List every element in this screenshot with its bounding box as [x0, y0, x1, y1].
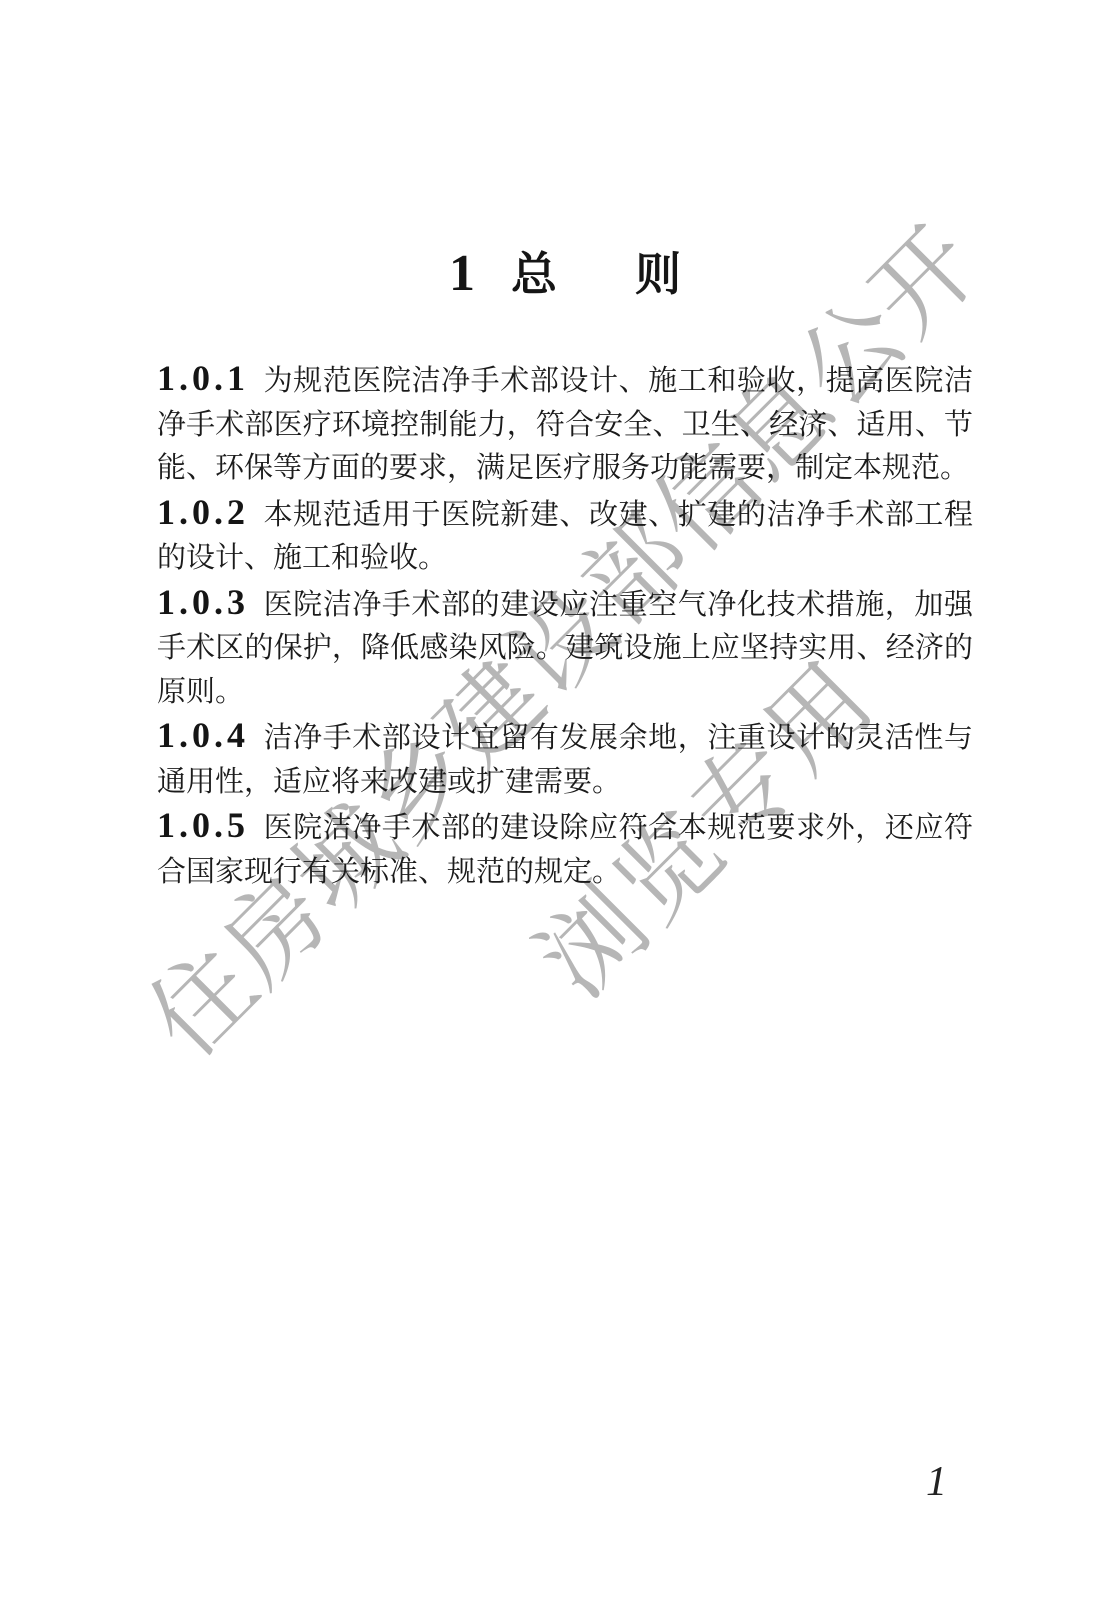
chapter-title-char-2: 则	[635, 238, 681, 304]
clause-number: 1.0.5	[157, 805, 249, 845]
page-number: 1	[926, 1458, 947, 1506]
clause-1-0-3: 1.0.3医院洁净手术部的建设应注重空气净化技术措施，加强手术区的保护，降低感染…	[157, 581, 973, 715]
clause-text: 医院洁净手术部的建设除应符合本规范要求外，还应符合国家现行有关标准、规范的规定。	[157, 812, 973, 888]
clause-text: 为规范医院洁净手术部设计、施工和验收，提高医院洁净手术部医疗环境控制能力，符合安…	[157, 365, 973, 484]
document-page: 住房城乡建设部信息公开 浏览专用 1 总 则 1.0.1为规范医院洁净手术部设计…	[0, 0, 1103, 1598]
clause-1-0-2: 1.0.2本规范适用于医院新建、改建、扩建的洁净手术部工程的设计、施工和验收。	[157, 491, 973, 581]
chapter-number: 1	[449, 244, 475, 303]
clause-text: 洁净手术部设计宜留有发展余地，注重设计的灵活性与通用性，适应将来改建或扩建需要。	[157, 722, 973, 798]
clause-text: 本规范适用于医院新建、改建、扩建的洁净手术部工程的设计、施工和验收。	[157, 499, 973, 575]
chapter-heading: 1 总 则	[157, 238, 973, 304]
clause-number: 1.0.1	[157, 358, 249, 398]
clause-number: 1.0.2	[157, 492, 249, 532]
clauses-block: 1.0.1为规范医院洁净手术部设计、施工和验收，提高医院洁净手术部医疗环境控制能…	[157, 357, 973, 894]
clause-text: 医院洁净手术部的建设应注重空气净化技术措施，加强手术区的保护，降低感染风险。建筑…	[157, 589, 973, 708]
clause-number: 1.0.4	[157, 715, 249, 755]
clause-1-0-4: 1.0.4洁净手术部设计宜留有发展余地，注重设计的灵活性与通用性，适应将来改建或…	[157, 714, 973, 804]
chapter-title-char-1: 总	[511, 238, 557, 304]
clause-1-0-1: 1.0.1为规范医院洁净手术部设计、施工和验收，提高医院洁净手术部医疗环境控制能…	[157, 357, 973, 491]
clause-number: 1.0.3	[157, 582, 249, 622]
clause-1-0-5: 1.0.5医院洁净手术部的建设除应符合本规范要求外，还应符合国家现行有关标准、规…	[157, 804, 973, 894]
